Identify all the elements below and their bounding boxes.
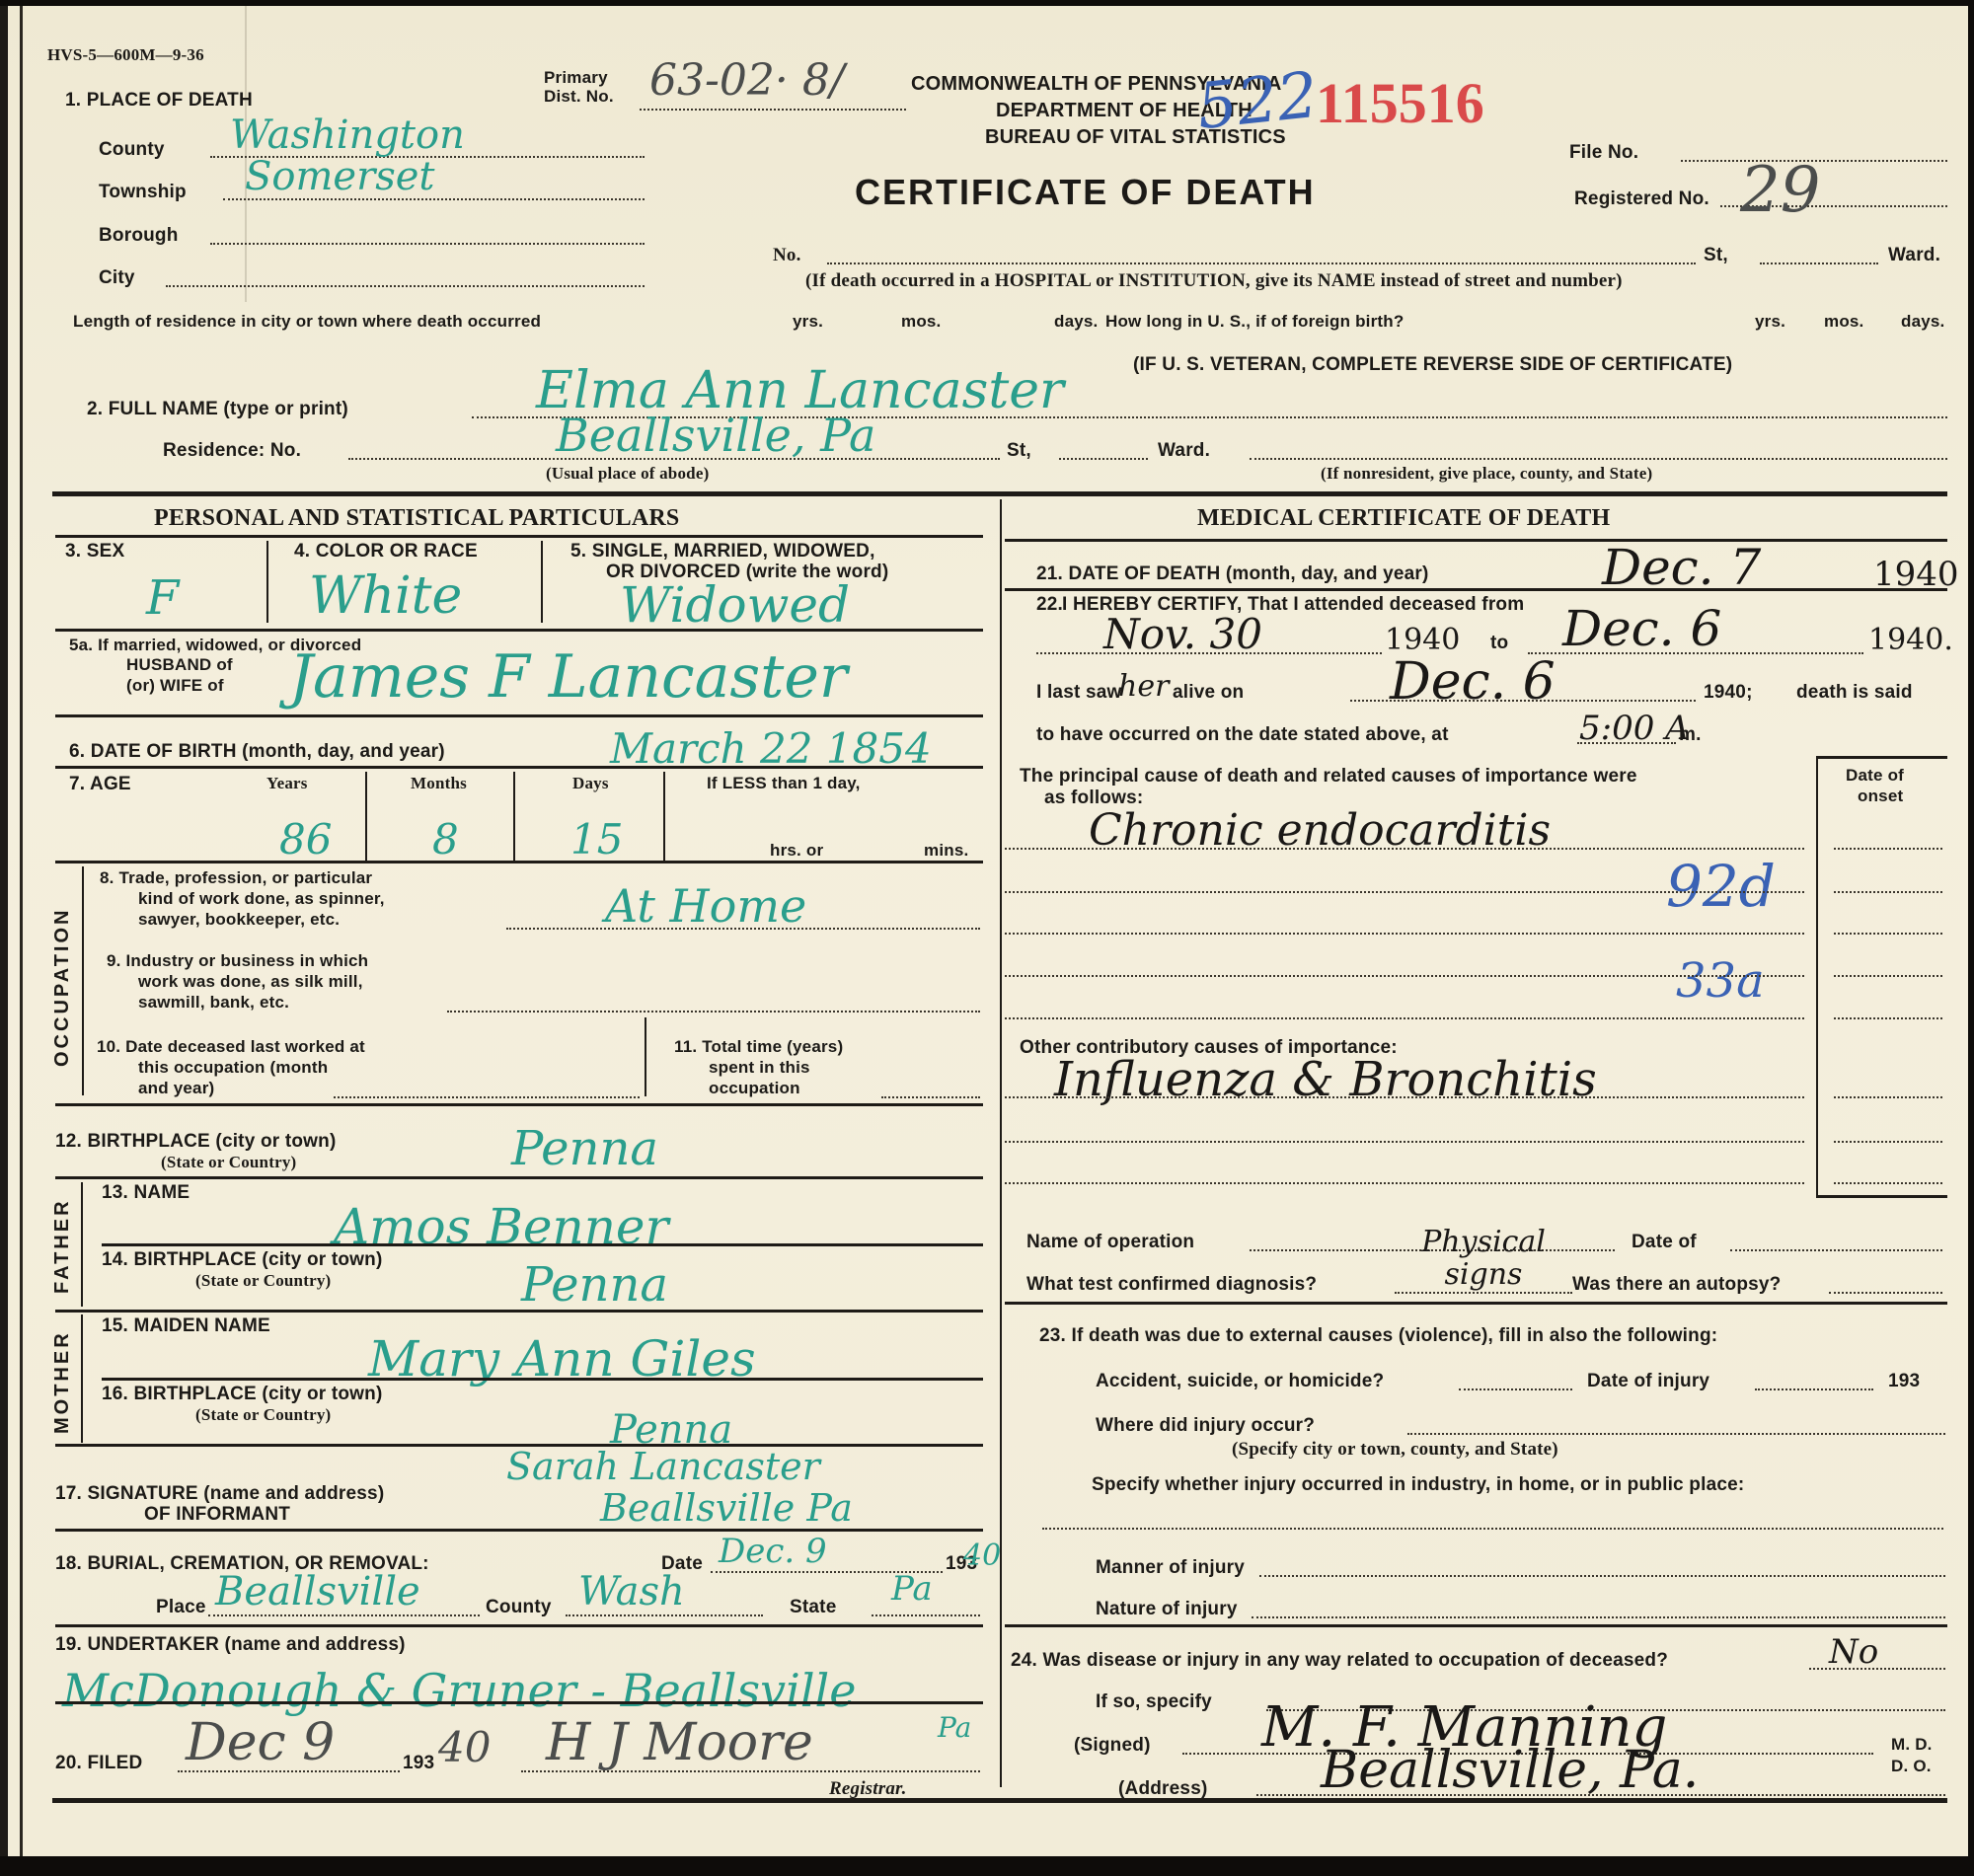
spouse-label-2: HUSBAND of <box>126 655 233 675</box>
mother-bracket <box>81 1314 83 1443</box>
undertaker-value: McDonough & Gruner - Beallsville <box>62 1664 856 1717</box>
father-name-value: Amos Benner <box>334 1198 668 1255</box>
operation-label: Name of operation <box>1026 1232 1194 1253</box>
injury-date-label: Date of injury <box>1587 1371 1709 1392</box>
occupation-related-label: 24. Was disease or injury in any way rel… <box>1011 1650 1668 1672</box>
years-label: Years <box>266 774 308 793</box>
where-label: Where did injury occur? <box>1096 1415 1315 1437</box>
father-side-label: FATHER <box>51 1198 74 1294</box>
father-name-label: 13. NAME <box>102 1182 190 1204</box>
last-saw-date: Dec. 6 <box>1390 652 1556 712</box>
last-worked-label-3: and year) <box>138 1079 214 1098</box>
certificate-number-stamp: 115516 <box>1316 70 1484 136</box>
father-birthplace-value: Penna <box>521 1257 668 1313</box>
death-said-label: death is said <box>1796 682 1913 704</box>
cause-label-1: The principal cause of death and related… <box>1020 766 1637 788</box>
contributory-line-3 <box>1005 1182 1804 1184</box>
rule-after-diagnosis <box>1005 1302 1947 1305</box>
rule-after-mother-name <box>102 1378 983 1381</box>
onset-line-6 <box>1834 1096 1942 1098</box>
injury-year: 193 <box>1888 1371 1920 1392</box>
time-value: 5:00 A <box>1579 709 1690 748</box>
time-suffix: m. <box>1679 724 1702 746</box>
medical-header-rule <box>1005 539 1947 542</box>
residence-value: Beallsville, Pa <box>556 409 875 462</box>
rule-after-occupation <box>55 1103 983 1106</box>
dod-label: 21. DATE OF DEATH (month, day, and year) <box>1036 563 1429 585</box>
mother-birthplace-label-2: (State or Country) <box>195 1405 331 1425</box>
specify-label: If so, specify <box>1096 1691 1212 1713</box>
to-label: to <box>1490 633 1508 654</box>
age-months-value: 8 <box>432 815 459 863</box>
rule-after-spouse <box>55 714 983 717</box>
county-label: County <box>99 139 165 161</box>
city-label: City <box>99 267 135 289</box>
death-certificate: HVS-5—600M—9-36 1. PLACE OF DEATH Primar… <box>0 6 1968 1856</box>
residence-label: Residence: No. <box>163 440 301 462</box>
onset-line-4 <box>1834 975 1942 977</box>
spouse-label-3: (or) WIFE of <box>126 676 224 696</box>
onset-label-1: Date of <box>1846 766 1904 786</box>
birthplace-label-2: (State or Country) <box>161 1153 296 1172</box>
ward-label: Ward. <box>1888 245 1940 266</box>
informant-address-value: Beallsville Pa <box>600 1486 853 1530</box>
foreign-birth-label: How long in U. S., if of foreign birth? <box>1105 312 1404 332</box>
burial-date-value: Dec. 9 <box>719 1532 827 1571</box>
rule-after-marital <box>55 629 983 632</box>
rule-after-external <box>1005 1624 1947 1627</box>
registrar-signature: H J Moore <box>546 1713 813 1772</box>
street-line <box>827 263 1696 264</box>
burial-county-line <box>566 1614 763 1616</box>
cause-line-5 <box>1005 1017 1804 1019</box>
filed-date-value: Dec 9 <box>186 1713 335 1772</box>
rule-after-dod <box>1005 588 1947 591</box>
mother-side-label: MOTHER <box>51 1330 74 1434</box>
sex-value: F <box>146 570 179 626</box>
occupation-bracket <box>82 866 84 1095</box>
injury-date-line <box>1755 1388 1873 1390</box>
file-no-label: File No. <box>1569 142 1638 164</box>
accident-line <box>1459 1388 1572 1390</box>
where-line <box>1407 1433 1945 1435</box>
ward-line <box>1760 263 1878 264</box>
months-divider <box>513 772 515 861</box>
sex-label: 3. SEX <box>65 541 124 563</box>
total-time-line <box>881 1096 980 1098</box>
st-label: St, <box>1704 245 1728 266</box>
industry-line <box>447 1011 980 1013</box>
burial-state-line <box>872 1614 980 1616</box>
whether-label: Specify whether injury occurred in indus… <box>1092 1474 1744 1496</box>
registered-no-value: 29 <box>1740 154 1820 227</box>
onset-line-1 <box>1834 848 1942 850</box>
specify-note: (Specify city or town, county, and State… <box>1232 1439 1558 1461</box>
medical-header: MEDICAL CERTIFICATE OF DEATH <box>1197 505 1610 532</box>
registered-no-label: Registered No. <box>1574 188 1709 210</box>
filed-year-suffix: 40 <box>438 1723 491 1771</box>
age-days-value: 15 <box>570 815 623 863</box>
cause-line-3 <box>1005 933 1804 935</box>
dist-no-line <box>640 109 906 111</box>
last-saw-pronoun: her <box>1118 669 1169 704</box>
burial-state-label: State <box>790 1597 836 1618</box>
center-divider <box>1000 499 1002 1787</box>
cause-line-1 <box>1005 848 1804 850</box>
nonresident-line <box>1250 458 1947 460</box>
mins-label: mins. <box>924 841 968 861</box>
city-line <box>166 285 645 287</box>
burial-year-suffix: 40 <box>963 1538 1001 1573</box>
township-value: Somerset <box>245 154 434 199</box>
onset-line-5 <box>1834 1017 1942 1019</box>
form-code: HVS-5—600M—9-36 <box>47 45 204 65</box>
place-of-death-label: 1. PLACE OF DEATH <box>65 90 253 112</box>
residence-mos: mos. <box>901 312 941 332</box>
manner-label: Manner of injury <box>1096 1557 1245 1579</box>
handwritten-number: 522 <box>1193 59 1321 144</box>
personal-header-rule <box>55 535 983 538</box>
diagnosis-value: Physical signs <box>1385 1226 1582 1291</box>
registrar-label: Registrar. <box>829 1778 907 1800</box>
primary-label: Primary <box>544 68 608 88</box>
veteran-note: (IF U. S. VETERAN, COMPLETE REVERSE SIDE… <box>1133 354 1732 376</box>
dist-no-value: 63-02· 8/ <box>649 55 845 106</box>
days-label: Days <box>572 774 609 793</box>
occupation-side-label: OCCUPATION <box>51 908 74 1067</box>
md-label: M. D. <box>1891 1735 1933 1755</box>
onset-line-8 <box>1834 1182 1942 1184</box>
hours-label: hrs. or <box>770 841 823 861</box>
rule-after-informant <box>55 1529 983 1532</box>
dob-label: 6. DATE OF BIRTH (month, day, and year) <box>69 741 445 763</box>
nature-label: Nature of injury <box>1096 1599 1238 1620</box>
residence-st-label: St, <box>1007 440 1031 462</box>
usual-abode-note: (Usual place of abode) <box>546 464 709 484</box>
trade-label-2: kind of work done, as spinner, <box>138 889 385 909</box>
informant-label-2: OF INFORMANT <box>144 1504 290 1526</box>
attended-to-value: Dec. 6 <box>1562 600 1721 657</box>
onset-line-2 <box>1834 891 1942 893</box>
last-saw-label-2: alive on <box>1173 682 1244 704</box>
last-saw-year: 1940; <box>1704 682 1753 704</box>
township-label: Township <box>99 182 187 203</box>
do-label: D. O. <box>1891 1757 1932 1776</box>
years-divider <box>365 772 367 861</box>
personal-header: PERSONAL AND STATISTICAL PARTICULARS <box>154 505 679 532</box>
autopsy-line <box>1829 1292 1942 1294</box>
mother-birthplace-label-1: 16. BIRTHPLACE (city or town) <box>102 1384 382 1405</box>
residence-length-label: Length of residence in city or town wher… <box>73 312 541 332</box>
onset-top-rule <box>1816 756 1947 759</box>
less-than-day-label: If LESS than 1 day, <box>707 774 861 793</box>
autopsy-label: Was there an autopsy? <box>1572 1274 1781 1296</box>
residence-ward-line <box>1059 458 1148 460</box>
attended-to-year: 1940. <box>1868 623 1953 657</box>
last-worked-line <box>334 1096 640 1098</box>
manner-line <box>1259 1575 1945 1577</box>
cause-line-4 <box>1005 975 1804 977</box>
total-time-label-2: spent in this <box>709 1058 810 1078</box>
residence-ward-label: Ward. <box>1158 440 1210 462</box>
total-time-label-3: occupation <box>709 1079 800 1098</box>
rule-after-dob <box>55 766 983 769</box>
rule-after-age <box>55 861 983 863</box>
residence-yrs: yrs. <box>793 312 823 332</box>
spouse-value: James F Lancaster <box>289 642 848 712</box>
last-saw-label-1: I last saw <box>1036 682 1122 704</box>
undertaker-label: 19. UNDERTAKER (name and address) <box>55 1634 406 1656</box>
industry-label-1: 9. Industry or business in which <box>107 951 368 971</box>
signed-label: (Signed) <box>1074 1735 1151 1757</box>
certificate-title: CERTIFICATE OF DEATH <box>855 172 1316 213</box>
left-border-rule <box>20 6 23 1856</box>
informant-label-1: 17. SIGNATURE (name and address) <box>55 1483 384 1505</box>
onset-column-divider <box>1816 756 1818 1195</box>
residence-days: days. <box>1054 312 1098 332</box>
birthplace-value: Penna <box>511 1121 658 1176</box>
physician-address: Beallsville, Pa. <box>1321 1741 1699 1800</box>
rule-after-undertaker <box>55 1701 983 1704</box>
cause-code-2: 33a <box>1676 953 1765 1009</box>
nonresident-note: (If nonresident, give place, county, and… <box>1321 464 1652 484</box>
marital-value: Widowed <box>620 576 850 634</box>
rule-after-burial <box>55 1624 983 1627</box>
street-no-label: No. <box>773 245 801 266</box>
borough-line <box>210 243 645 245</box>
occurred-label: to have occurred on the date stated abov… <box>1036 724 1449 746</box>
age-years-value: 86 <box>279 815 332 863</box>
filed-label: 20. FILED <box>55 1753 142 1774</box>
contributory-value: Influenza & Bronchitis <box>1054 1052 1597 1107</box>
borough-label: Borough <box>99 225 179 247</box>
informant-name-value: Sarah Lancaster <box>506 1445 820 1488</box>
hospital-note: (If death occurred in a HOSPITAL or INST… <box>805 270 1623 292</box>
race-label: 4. COLOR OR RACE <box>294 541 478 563</box>
burial-place-label: Place <box>156 1597 206 1618</box>
onset-bottom-rule <box>1816 1195 1947 1198</box>
contributory-line-1 <box>1005 1096 1804 1098</box>
race-divider <box>541 541 543 623</box>
age-label: 7. AGE <box>69 774 131 795</box>
operation-date-line <box>1730 1249 1942 1251</box>
attended-from-value: Nov. 30 <box>1103 610 1262 658</box>
full-name-label: 2. FULL NAME (type or print) <box>87 399 348 420</box>
rule-after-father-name <box>102 1243 983 1246</box>
rule-after-birthplace <box>55 1176 983 1179</box>
occupation-mid-divider <box>645 1017 646 1096</box>
burial-place-value: Beallsville <box>215 1569 420 1614</box>
marital-label-1: 5. SINGLE, MARRIED, WIDOWED, <box>570 541 875 563</box>
diagnosis-label: What test confirmed diagnosis? <box>1026 1274 1317 1296</box>
months-label: Months <box>411 774 467 793</box>
last-worked-label-2: this occupation (month <box>138 1058 328 1078</box>
burial-state-value: Pa <box>891 1569 933 1609</box>
burial-county-value: Wash <box>578 1569 685 1614</box>
trade-value: At Home <box>605 879 806 933</box>
foreign-yrs: yrs. <box>1755 312 1785 332</box>
diagnosis-line <box>1395 1292 1572 1294</box>
dist-no-label: Dist. No. <box>544 87 614 107</box>
county-value: Washington <box>230 113 465 158</box>
total-time-label-1: 11. Total time (years) <box>674 1037 843 1057</box>
address-label: (Address) <box>1118 1778 1207 1800</box>
sex-divider <box>266 541 268 623</box>
nature-line <box>1252 1616 1945 1618</box>
rule-after-father <box>55 1310 983 1313</box>
burial-county-label: County <box>486 1597 552 1618</box>
foreign-days: days. <box>1901 312 1944 332</box>
race-value: White <box>309 566 462 626</box>
cause-code-1: 92d <box>1666 853 1776 920</box>
last-worked-label-1: 10. Date deceased last worked at <box>97 1037 365 1057</box>
father-birthplace-label-1: 14. BIRTHPLACE (city or town) <box>102 1249 382 1271</box>
father-bracket <box>81 1182 83 1307</box>
cause-line-2 <box>1005 891 1804 893</box>
section-divider <box>52 491 1947 496</box>
birthplace-label-1: 12. BIRTHPLACE (city or town) <box>55 1131 336 1153</box>
contributory-line-2 <box>1005 1141 1804 1143</box>
filed-year-prefix: 193 <box>403 1753 434 1774</box>
whether-line <box>1042 1528 1943 1530</box>
operation-date-label: Date of <box>1632 1232 1697 1253</box>
onset-line-7 <box>1834 1141 1942 1143</box>
external-label: 23. If death was due to external causes … <box>1039 1325 1717 1347</box>
father-birthplace-label-2: (State or Country) <box>195 1271 331 1291</box>
days-divider <box>663 772 665 861</box>
trade-label-3: sawyer, bookkeeper, etc. <box>138 910 340 930</box>
mother-name-label: 15. MAIDEN NAME <box>102 1315 270 1337</box>
onset-line-3 <box>1834 933 1942 935</box>
industry-label-2: work was done, as silk mill, <box>138 972 363 992</box>
foreign-mos: mos. <box>1824 312 1863 332</box>
onset-label-2: onset <box>1858 787 1903 806</box>
occupation-related-value: No <box>1829 1632 1878 1672</box>
undertaker-state: Pa <box>938 1711 971 1744</box>
industry-label-3: sawmill, bank, etc. <box>138 993 289 1013</box>
certify-number: 22. <box>1036 594 1063 616</box>
trade-label-1: 8. Trade, profession, or particular <box>100 868 372 888</box>
accident-label: Accident, suicide, or homicide? <box>1096 1371 1384 1392</box>
burial-place-line <box>208 1614 480 1616</box>
